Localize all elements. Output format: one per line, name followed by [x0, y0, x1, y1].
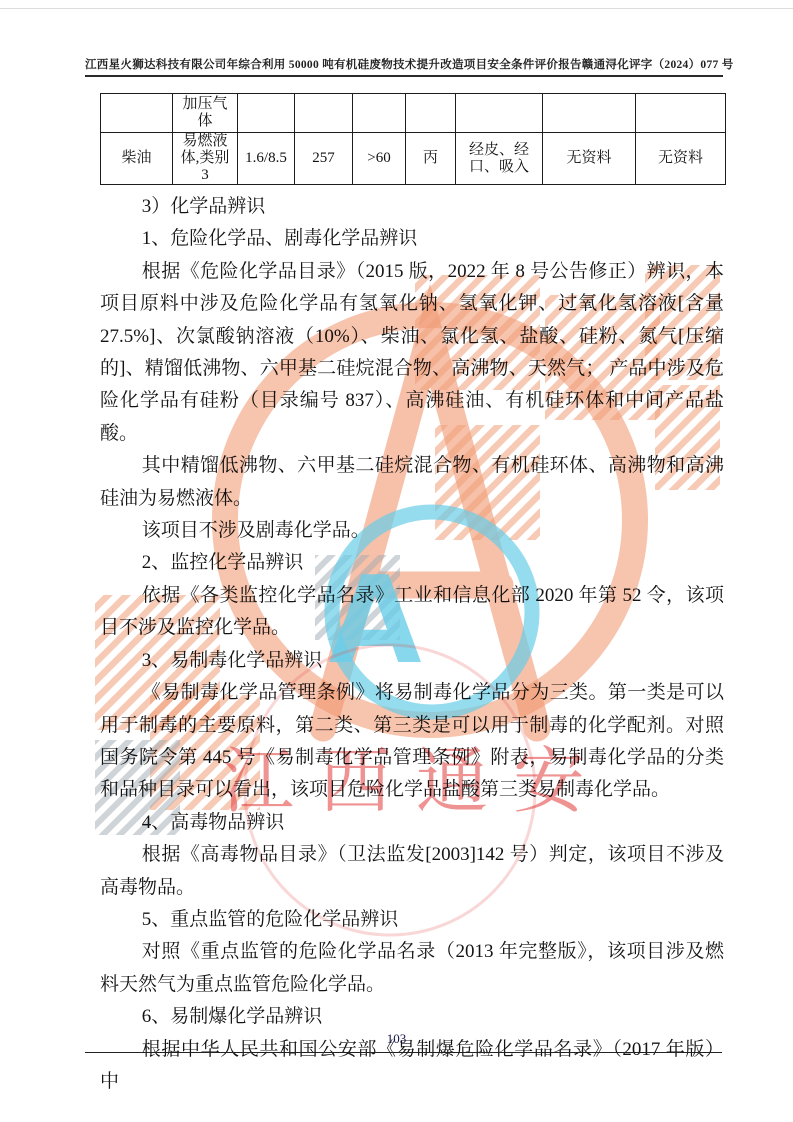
table-cell: 加压气体 [173, 94, 238, 133]
table-cell [543, 94, 636, 133]
table-cell: 经皮、经口、吸入 [456, 133, 543, 185]
paragraph: 根据《危险化学品目录》（2015 版，2022 年 8 号公告修正）辨识，本项目… [100, 256, 724, 450]
header-report-title: 江西星火狮达科技有限公司年综合利用 50000 吨有机硅废物技术提升改造项目安全… [85, 56, 582, 72]
table-cell: 无资料 [636, 133, 726, 185]
scan-artifact-line [0, 8, 793, 9]
table-cell [101, 94, 173, 133]
paragraph: 根据《高毒物品目录》（卫法监发[2003]142 号）判定，该项目不涉及高毒物品… [100, 839, 724, 904]
document-body: 3）化学品辨识 1、危险化学品、剧毒化学品辨识 根据《危险化学品目录》（2015… [100, 191, 724, 1098]
table-cell [238, 94, 295, 133]
paragraph: 《易制毒化学品管理条例》将易制毒化学品分为三类。第一类是可以用于制毒的主要原料，… [100, 677, 724, 807]
paragraph: 依据《各类监控化学品名录》工业和信息化部 2020 年第 52 令，该项目不涉及… [100, 580, 724, 645]
section-heading: 3）化学品辨识 [100, 191, 724, 223]
table-cell-substance: 柴油 [101, 133, 173, 185]
page-header: 江西星火狮达科技有限公司年综合利用 50000 吨有机硅废物技术提升改造项目安全… [85, 56, 723, 77]
paragraph: 其中精馏低沸物、六甲基二硅烷混合物、有机硅环体、高沸物和高沸硅油为易燃液体。 [100, 450, 724, 515]
table-cell: 丙 [406, 133, 456, 185]
hazard-table: 加压气体 柴油 易燃液体,类别3 1.6/8.5 257 >60 丙 经皮、经口… [100, 93, 726, 185]
table-cell: 易燃液体,类别3 [173, 133, 238, 185]
table-cell [295, 94, 353, 133]
subsection-heading: 6、易制爆化学品辨识 [100, 1001, 724, 1033]
table-cell: 1.6/8.5 [238, 133, 295, 185]
table-cell: 257 [295, 133, 353, 185]
table-cell [406, 94, 456, 133]
subsection-heading: 3、易制毒化学品辨识 [100, 645, 724, 677]
table-cell: 无资料 [543, 133, 636, 185]
page-number: 103 [0, 1031, 793, 1047]
paragraph: 该项目不涉及剧毒化学品。 [100, 515, 724, 547]
header-doc-number: 赣通浔化评字（2024）077 号 [582, 56, 734, 72]
table-row: 加压气体 [101, 94, 726, 133]
paragraph: 对照《重点监管的危险化学品名录（2013 年完整版》，该项目涉及燃料天然气为重点… [100, 936, 724, 1001]
table-cell [636, 94, 726, 133]
table-cell [456, 94, 543, 133]
table-cell: >60 [353, 133, 406, 185]
subsection-heading: 2、监控化学品辨识 [100, 547, 724, 579]
subsection-heading: 4、高毒物品辨识 [100, 807, 724, 839]
subsection-heading: 1、危险化学品、剧毒化学品辨识 [100, 223, 724, 255]
table-row: 柴油 易燃液体,类别3 1.6/8.5 257 >60 丙 经皮、经口、吸入 无… [101, 133, 726, 185]
footer-rule [85, 1052, 722, 1053]
table-cell [353, 94, 406, 133]
subsection-heading: 5、重点监管的危险化学品辨识 [100, 904, 724, 936]
document-page: 江西星火狮达科技有限公司年综合利用 50000 吨有机硅废物技术提升改造项目安全… [0, 0, 793, 1122]
